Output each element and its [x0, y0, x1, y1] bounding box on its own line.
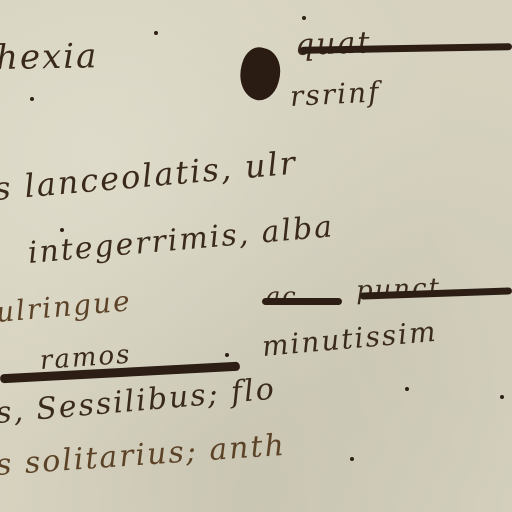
ink-speck	[60, 228, 64, 232]
manuscript-page: hexia quat rsrinf s lanceolatis, ulr int…	[0, 0, 512, 512]
manuscript-line-3: integerrimis, alba	[26, 209, 335, 271]
ink-speck	[500, 395, 504, 399]
ink-blot	[234, 44, 286, 105]
manuscript-struck-word-1: quat	[294, 25, 372, 63]
strikethrough	[262, 298, 342, 305]
ink-speck	[302, 16, 306, 20]
manuscript-line-2: s lanceolatis, ulr	[0, 144, 298, 208]
ink-speck	[405, 387, 409, 391]
manuscript-line-7: s solitarius; anth	[0, 428, 287, 483]
manuscript-line-4: ulringue	[0, 284, 133, 329]
ink-speck	[30, 97, 34, 101]
manuscript-line-1: hexia	[0, 36, 99, 78]
ink-speck	[225, 353, 229, 357]
manuscript-struck-word-4: ac	[266, 282, 298, 310]
manuscript-line-1b: rsrinf	[289, 75, 381, 113]
ink-speck	[350, 457, 354, 461]
ink-speck	[154, 31, 158, 35]
manuscript-line-5: minutissim	[261, 315, 439, 363]
